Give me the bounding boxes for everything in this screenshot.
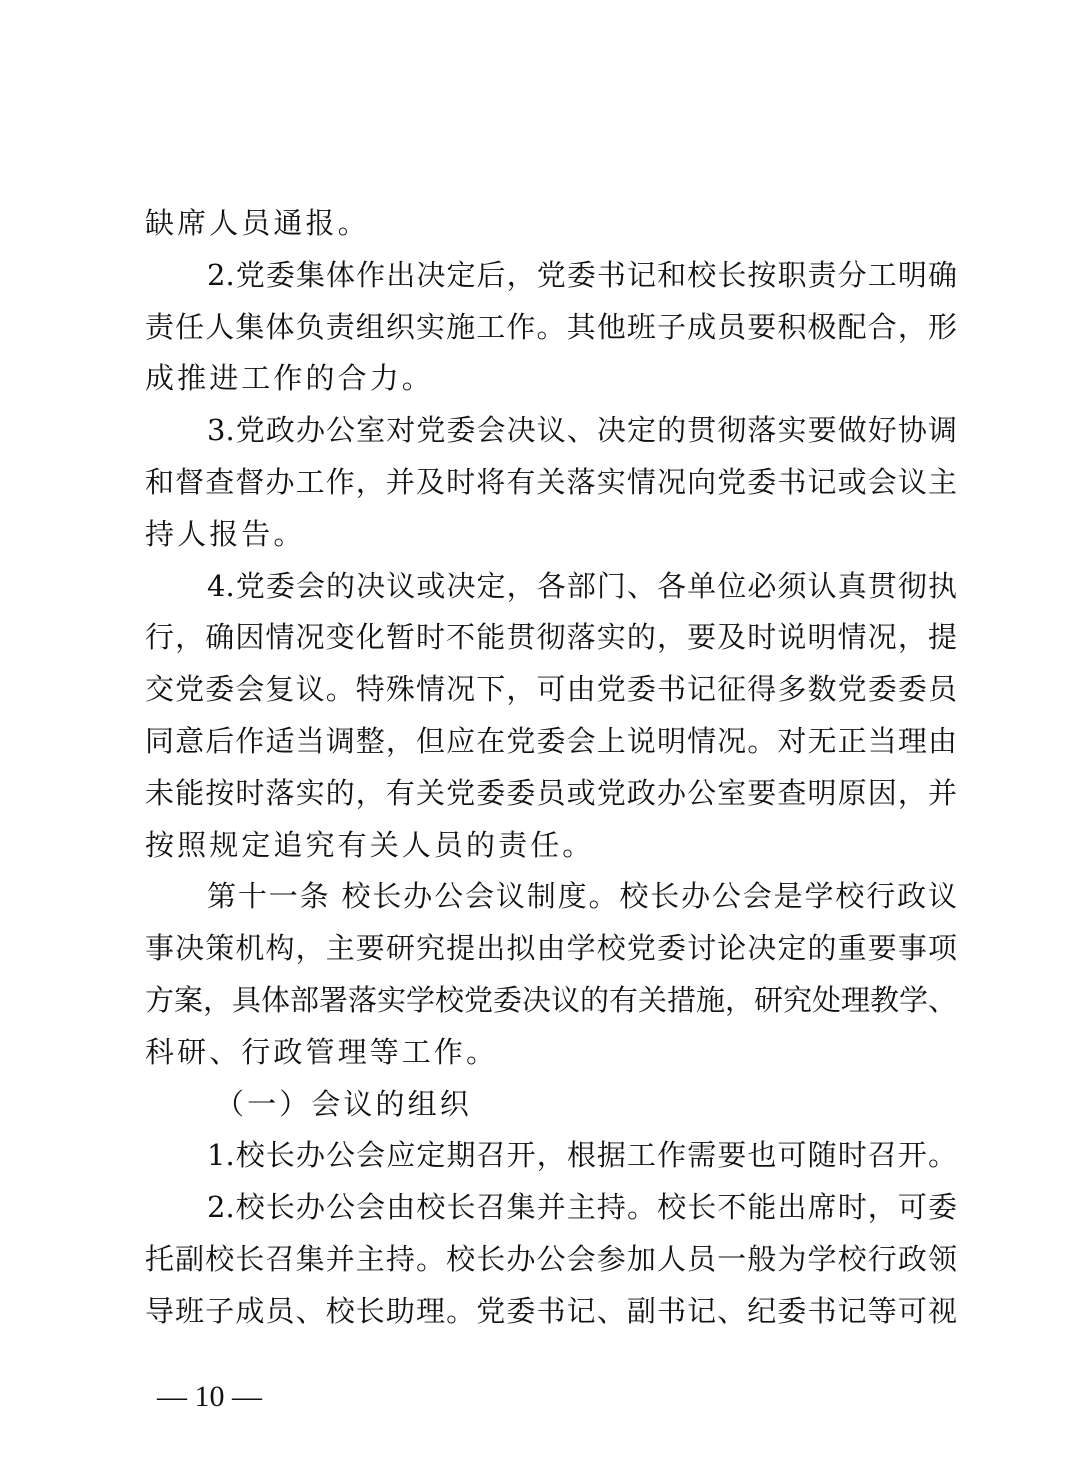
article-heading-line: 第十一条 校长办公会议制度。校长办公会是学校行政议	[145, 871, 957, 923]
text-line: 托副校长召集并主持。校长办公会参加人员一般为学校行政领	[145, 1234, 957, 1286]
text-line: 成推进工作的合力。	[145, 353, 957, 405]
page-number: — 10 —	[157, 1380, 262, 1414]
text-line: 未能按时落实的，有关党委委员或党政办公室要查明原因，并	[145, 768, 957, 820]
text-line: 和督查督办工作，并及时将有关落实情况向党委书记或会议主	[145, 457, 957, 509]
text-line: 3.党政办公室对党委会决议、决定的贯彻落实要做好协调	[145, 405, 957, 457]
text-line: 交党委会复议。特殊情况下，可由党委书记征得多数党委委员	[145, 664, 957, 716]
text-line: 4.党委会的决议或决定，各部门、各单位必须认真贯彻执	[145, 561, 957, 613]
section-heading: （一）会议的组织	[145, 1079, 957, 1131]
text-line: 2.校长办公会由校长召集并主持。校长不能出席时，可委	[145, 1182, 957, 1234]
text-line: 行，确因情况变化暂时不能贯彻落实的，要及时说明情况，提	[145, 612, 957, 664]
text-line: 方案，具体部署落实学校党委决议的有关措施，研究处理教学、	[145, 975, 957, 1027]
text-line: 持人报告。	[145, 509, 957, 561]
text-line: 按照规定追究有关人员的责任。	[145, 820, 957, 872]
text-line: 责任人集体负责组织实施工作。其他班子成员要积极配合，形	[145, 302, 957, 354]
text-line: 事决策机构，主要研究提出拟由学校党委讨论决定的重要事项	[145, 923, 957, 975]
text-line: 缺席人员通报。	[145, 198, 957, 250]
text-line: 导班子成员、校长助理。党委书记、副书记、纪委书记等可视	[145, 1286, 957, 1338]
text-line: 1.校长办公会应定期召开，根据工作需要也可随时召开。	[145, 1130, 957, 1182]
text-line: 同意后作适当调整，但应在党委会上说明情况。对无正当理由	[145, 716, 957, 768]
text-line: 科研、行政管理等工作。	[145, 1027, 957, 1079]
text-line: 2.党委集体作出决定后，党委书记和校长按职责分工明确	[145, 250, 957, 302]
document-body: 缺席人员通报。 2.党委集体作出决定后，党委书记和校长按职责分工明确 责任人集体…	[145, 198, 957, 1338]
